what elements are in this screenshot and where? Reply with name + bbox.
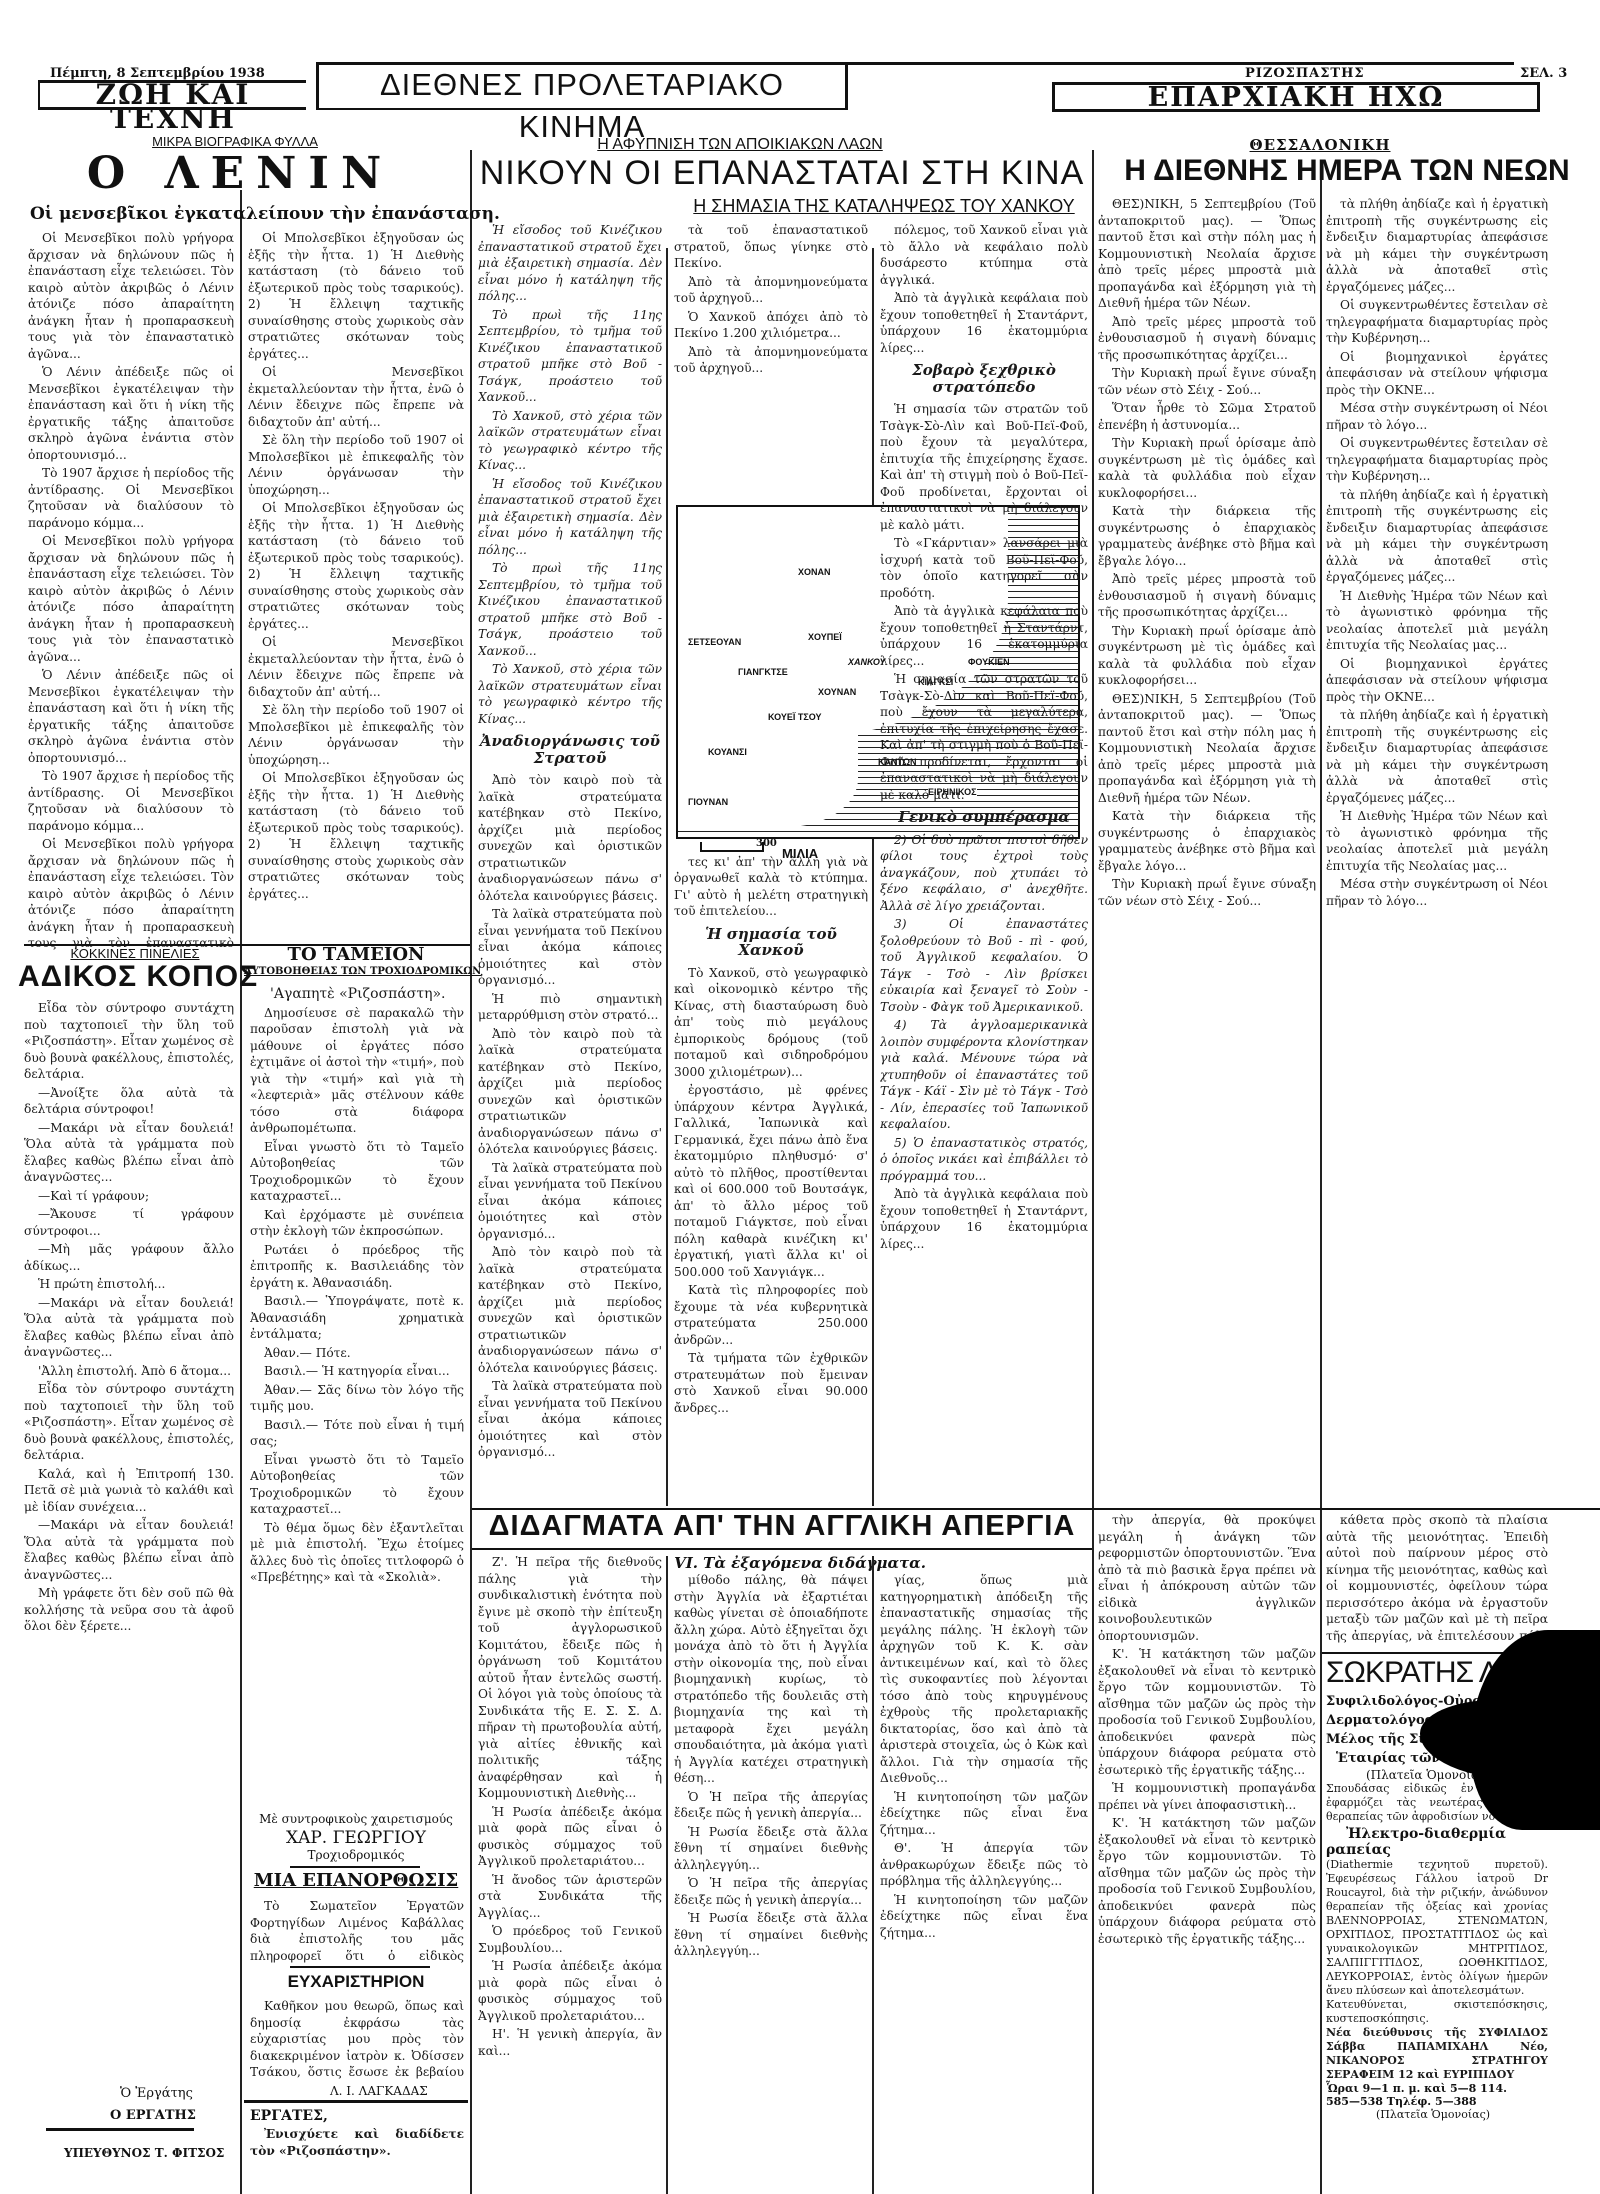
tameion-closing: Μὲ συντροφικοὺς χαιρετισμούς (244, 1812, 468, 1826)
newspaper-name: ΡΙΖΟΣΠΑΣΤΗΣ (1245, 66, 1365, 81)
strike-title: ΔΙΔΑΓΜΑΤΑ ΑΠ' ΤΗΝ ΑΓΓΛΙΚΗ ΑΠΕΡΓΙΑ (472, 1510, 1092, 1543)
lenin-column-2: Οἱ Μπολσεβῖκοι ἐξηγοῦσαν ὡς ἑξῆς τὴν ἧττ… (248, 230, 464, 950)
thessaloniki-column-2: τὰ πλήθη ἀηδίαζε καὶ ἡ ἐργατικὴ ἐπιτροπὴ… (1326, 196, 1548, 1506)
lenin-kicker: ΜΙΚΡΑ ΒΙΟΓΡΑΦΙΚΑ ΦΥΛΛΑ (150, 134, 320, 149)
map-scale (700, 842, 764, 852)
map-label: ΚΟΥΑΝΣΙ (708, 747, 747, 757)
ad-hours: Ὧραι 9—1 π. μ. καὶ 5—8 114. (1326, 2082, 1596, 2095)
map-label: ΧΟΥΠΕΪ (808, 632, 842, 642)
adikos-kicker: ΚΟΚΚΙΝΕΣ ΠΙΝΕΛΙΕΣ (50, 946, 220, 961)
strike-column-2: μίθοδο πάλης, θὰ πάψει στὴν Ἀγγλία νὰ ἐξ… (674, 1572, 868, 2194)
ergates-title: ΕΡΓΑΤΕΣ, (250, 2108, 328, 2124)
epanorthosis-body: Τὸ Σωματεῖον Ἐργατῶν Φορτηγίδων Λιμένος … (250, 1898, 464, 1964)
responsible-editor: ΥΠΕΥΘΥΝΟΣ Τ. ΦΙΤΣΟΣ (64, 2146, 224, 2160)
strike-column-3: γίας, ὅπως μιὰ κατηγορηματικὴ ἀπόδειξη τ… (880, 1572, 1088, 2194)
section-header-zoi-kai-techni: ΖΩΗ ΚΑΙ ΤΕΧΝΗ (38, 80, 306, 110)
tameion-title: ΤΟ ΤΑΜΕΙΟΝ (244, 944, 468, 965)
tameion-signature: ΧΑΡ. ΓΕΩΡΓΙΟΥ (244, 1828, 468, 1848)
china-col2-subhead: Ἡ σημασία τοῦ Χανκοῦ (674, 926, 868, 959)
china-col3-subhead-2: Γενικὸ συμπέρασμα (880, 809, 1088, 826)
section-title: ΕΠΑΡΧΙΑΚΗ ΗΧΩ (1148, 82, 1445, 113)
thessaloniki-kicker: ΘΕΣΣΑΛΟΝΙΚΗ (1200, 136, 1440, 154)
ergates-body: Ἐνισχύετε καὶ διαδίδετε τὸν «Ριζοσπάστην… (250, 2126, 464, 2166)
map-label: ΧΟΝΑΝ (798, 567, 831, 577)
china-subtitle: Η ΣΗΜΑΣΙΑ ΤΗΣ ΚΑΤΑΛΗΨΕΩΣ ΤΟΥ ΧΑΝΚΟΥ (676, 196, 1092, 217)
china-column-3: πόλεμος, τοῦ Χανκοῦ εἶναι γιὰ τὸ ἄλλο νὰ… (880, 222, 1088, 1506)
lenin-subtitle: Οἱ μενσεβῖκοι ἐγκαταλείπουν τὴν ἐπανάστα… (30, 204, 470, 224)
section-title: ΖΩΗ ΚΑΙ ΤΕΧΝΗ (96, 78, 251, 135)
strike-column-4: τὴν ἀπεργία, θὰ προκύψει μεγάλη ἡ ἀνάγκη… (1098, 1512, 1316, 2194)
thessaloniki-column-1: ΘΕΣ)ΝΙΚΗ, 5 Σεπτεμβρίου (Τοῦ ἀνταποκριτο… (1098, 196, 1316, 1506)
map-label: ΣΕΤΣΕΟΥΑΝ (688, 637, 741, 647)
strike-subtitle: VI. Τὰ ἐξαγόμενα διδάγματα. (640, 1554, 960, 1572)
china-col1-subhead: Ἀναδιοργάνωσις τοῦ Στρατοῦ (478, 733, 662, 766)
section-title: ΔΙΕΘΝΕΣ ΠΡΟΛΕΤΑΡΙΑΚΟ ΚΙΝΗΜΑ (380, 67, 784, 144)
tameion-role: Τροχιοδρομικός (244, 1848, 468, 1862)
tameion-body: 'Αγαπητὲ «Ριζοσπάστη». Δημοσίευσε σὲ παρ… (250, 986, 464, 1746)
lenin-title: Ο ΛΕΝΙΝ (40, 148, 440, 199)
lenin-column-1: Οἱ Μενσεβῖκοι πολὺ γρήγορα ἄρχισαν νὰ δη… (28, 230, 234, 950)
ad-address: Νέα διεύθυνσις τῆς ΣΥΦΙΛΙΔΟΣ Σάββα ΠΑΠΑΜ… (1326, 2026, 1548, 2082)
adikos-title: ΑΔΙΚΟΣ ΚΟΠΟΣ (18, 960, 240, 994)
strike-column-5: κάθετα πρὸς σκοπὸ τὰ πλαίσια αὐτὰ τῆς με… (1326, 1512, 1548, 1644)
thessaloniki-title: Η ΔΙΕΘΝΗΣ ΗΜΕΡΑ ΤΩΝ ΝΕΩΝ (1094, 154, 1600, 188)
eucharistirion-signature: Λ. Ι. ΛΑΓΚΑΔΑΣ (330, 2084, 428, 2098)
tameion-subtitle: ΑΥΤΟΒΟΗΘΕΙΑΣ ΤΩΝ ΤΡΟΧΙΟΔΡΟΜΙΚΩΝ (244, 966, 468, 977)
map-label: ΓΙΑΝΓΚΤΣΕ (738, 667, 788, 677)
map-scale-unit: ΜΙΛΙΑ (782, 846, 818, 861)
section-header-international: ΔΙΕΘΝΕΣ ΠΡΟΛΕΤΑΡΙΑΚΟ ΚΙΝΗΜΑ (316, 64, 848, 110)
epanorthosis-title: ΜΙΑ ΕΠΑΝΟΡΘΩΣΙΣ (244, 1870, 468, 1891)
adikos-body: Εἶδα τὸν σύντροφο συντάχτη ποὺ ταχτοποιε… (24, 1000, 234, 2060)
page-number: ΣΕΛ. 3 (1520, 66, 1567, 81)
ad-note: Κατευθύνεται, σκιστεπόσκησις, κυστεποσκό… (1326, 1998, 1548, 2026)
china-column-1: Ἡ εἴσοδος τοῦ Κινέζικου ἐπαναστατικοῦ στ… (478, 222, 662, 1506)
map-scale-value: 300 (756, 838, 777, 849)
ad-place: (Πλατεῖα Ὁμονοίας) (1326, 2108, 1596, 2121)
china-title: ΝΙΚΟΥΝ ΟΙ ΕΠΑΝΑΣΤΑΤΑΙ ΣΤΗ ΚΙΝΑ (474, 154, 1090, 193)
strike-column-1: Ζ'. Ἡ πεῖρα τῆς διεθνοῦς πάλης γιὰ τὴν σ… (478, 1554, 662, 2194)
eucharistirion-title: ΕΥΧΑΡΙΣΤΗΡΙΟΝ (244, 1972, 468, 1992)
china-kicker: Η ΑΦΥΠΝΙΣΗ ΤΩΝ ΑΠΟΙΚΙΑΚΩΝ ΛΑΩΝ (480, 136, 1000, 154)
ad-description: (Diathermie τεχνητοῦ πυρετοῦ). Ἐφευρέσεω… (1326, 1858, 1548, 1998)
map-label: ΓΙΟΥΝΑΝ (688, 797, 728, 807)
china-col3-subhead: Σοβαρὸ ξεχθρικὸ στρατόπεδο (880, 362, 1088, 395)
section-header-eparchiaki: ΕΠΑΡΧΙΑΚΗ ΗΧΩ (1052, 82, 1540, 112)
map-label: ΚΟΥΕΪ ΤΣΟΥ (768, 712, 822, 722)
ad-phone: 585—538 Τηλέφ. 5—388 (1326, 2095, 1596, 2108)
adikos-signature: Ὁ Ἐργάτης (120, 2086, 193, 2101)
eucharistirion-body: Καθῆκον μου θεωρῶ, ὅπως καὶ δημοσίᾳ ἐκφρ… (250, 1998, 464, 2082)
adikos-byline: Ο ΕΡΓΑΤΗΣ (110, 2108, 196, 2123)
map-label: ΧΟΥΝΑΝ (818, 687, 856, 697)
china-column-2: τὰ τοῦ ἐπαναστατικοῦ στρατοῦ, ὅπως γίνηκ… (674, 222, 868, 1506)
ad-service-cont: ραπείας (1326, 1842, 1596, 1858)
